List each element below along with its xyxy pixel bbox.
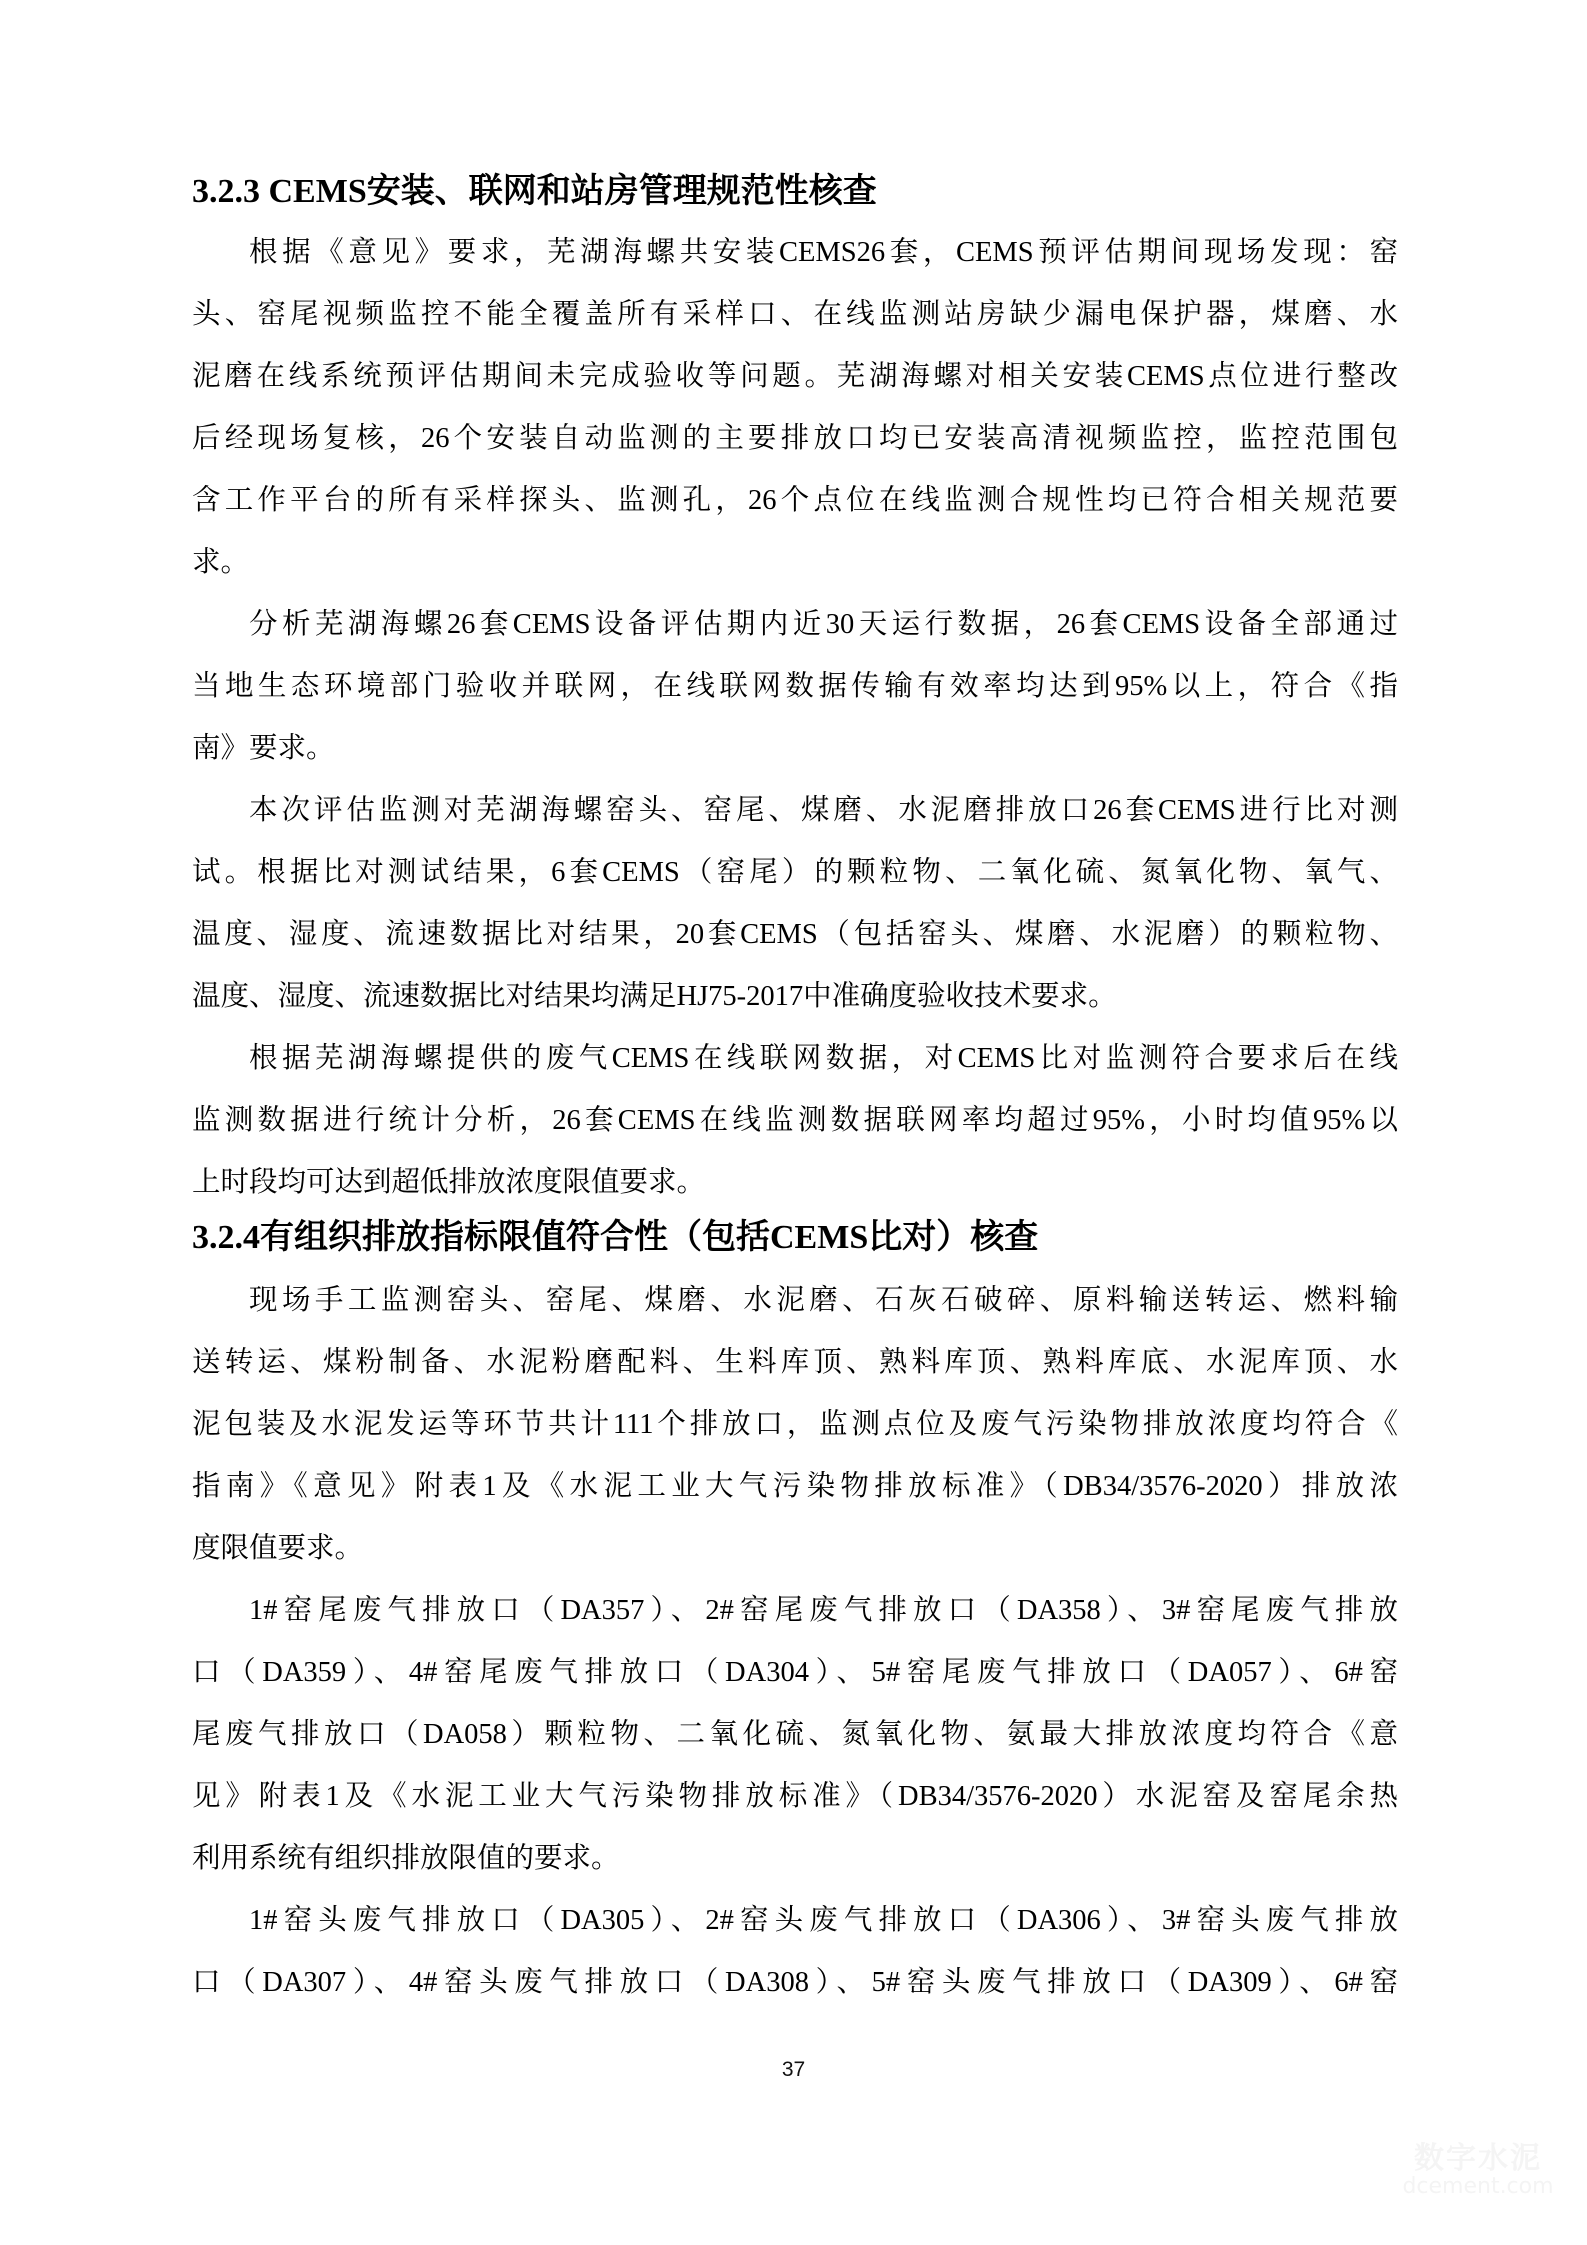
text-line: 1#窑尾废气排放口（DA357）、2#窑尾废气排放口（DA358）、3#窑尾废气…	[192, 1580, 1398, 1642]
document-page: 3.2.3 CEMS安装、联网和站房管理规范性核查 根据《意见》要求，芜湖海螺共…	[0, 0, 1587, 2245]
text-line: 头、窑尾视频监控不能全覆盖所有采样口、在线监测站房缺少漏电保护器，煤磨、水	[192, 284, 1398, 346]
paragraph-cems-installation: 根据《意见》要求，芜湖海螺共安装CEMS26套，CEMS预评估期间现场发现：窑 …	[192, 222, 1398, 594]
text-line: 当地生态环境部门验收并联网，在线联网数据传输有效率均达到95%以上，符合《指	[192, 656, 1398, 718]
text-line: 现场手工监测窑头、窑尾、煤磨、水泥磨、石灰石破碎、原料输送转运、燃料输	[192, 1270, 1398, 1332]
text-line: 试。根据比对测试结果，6套CEMS（窑尾）的颗粒物、二氧化硫、氮氧化物、氧气、	[192, 842, 1398, 904]
text-line: 度限值要求。	[192, 1518, 1398, 1580]
text-line: 指南》《意见》附表1及《水泥工业大气污染物排放标准》（DB34/3576-202…	[192, 1456, 1398, 1518]
text-line: 泥包装及水泥发运等环节共计111个排放口，监测点位及废气污染物排放浓度均符合《	[192, 1394, 1398, 1456]
text-line: 分析芜湖海螺26套CEMS设备评估期内近30天运行数据，26套CEMS设备全部通…	[192, 594, 1398, 656]
text-line: 口（DA307）、4#窑头废气排放口（DA308）、5#窑头废气排放口（DA30…	[192, 1952, 1398, 2014]
text-line: 温度、湿度、流速数据比对结果，20套CEMS（包括窑头、煤磨、水泥磨）的颗粒物、	[192, 904, 1398, 966]
text-line: 见》附表1及《水泥工业大气污染物排放标准》（DB34/3576-2020）水泥窑…	[192, 1766, 1398, 1828]
section-heading-3-2-4: 3.2.4有组织排放指标限值符合性（包括CEMS比对）核查	[192, 1214, 1398, 1262]
section-heading-3-2-3: 3.2.3 CEMS安装、联网和站房管理规范性核查	[192, 168, 1398, 216]
text-line: 根据《意见》要求，芜湖海螺共安装CEMS26套，CEMS预评估期间现场发现：窑	[192, 222, 1398, 284]
text-line: 尾废气排放口（DA058）颗粒物、二氧化硫、氮氧化物、氨最大排放浓度均符合《意	[192, 1704, 1398, 1766]
text-line: 本次评估监测对芜湖海螺窑头、窑尾、煤磨、水泥磨排放口26套CEMS进行比对测	[192, 780, 1398, 842]
text-line: 1#窑头废气排放口（DA305）、2#窑头废气排放口（DA306）、3#窑头废气…	[192, 1890, 1398, 1952]
watermark-en-text: dcement.com	[1388, 2175, 1568, 2198]
text-line: 泥磨在线系统预评估期间未完成验收等问题。芜湖海螺对相关安装CEMS点位进行整改	[192, 346, 1398, 408]
text-line: 南》要求。	[192, 718, 1398, 780]
text-line: 利用系统有组织排放限值的要求。	[192, 1828, 1398, 1890]
text-line: 后经现场复核，26个安装自动监测的主要排放口均已安装高清视频监控，监控范围包	[192, 408, 1398, 470]
text-line: 上时段均可达到超低排放浓度限值要求。	[192, 1152, 1398, 1214]
paragraph-cems-data-analysis: 分析芜湖海螺26套CEMS设备评估期内近30天运行数据，26套CEMS设备全部通…	[192, 594, 1398, 780]
page-number: 37	[0, 2058, 1587, 2082]
text-line: 口（DA359）、4#窑尾废气排放口（DA304）、5#窑尾废气排放口（DA05…	[192, 1642, 1398, 1704]
watermark-logo: 数字水泥 dcement.com	[1388, 2143, 1568, 2198]
text-line: 含工作平台的所有采样探头、监测孔，26个点位在线监测合规性均已符合相关规范要	[192, 470, 1398, 532]
text-line: 根据芜湖海螺提供的废气CEMS在线联网数据，对CEMS比对监测符合要求后在线	[192, 1028, 1398, 1090]
paragraph-cems-comparison-test: 本次评估监测对芜湖海螺窑头、窑尾、煤磨、水泥磨排放口26套CEMS进行比对测 试…	[192, 780, 1398, 1028]
text-line: 送转运、煤粉制备、水泥粉磨配料、生料库顶、熟料库顶、熟料库底、水泥库顶、水	[192, 1332, 1398, 1394]
watermark-cn-text: 数字水泥	[1388, 2143, 1568, 2175]
text-line: 温度、湿度、流速数据比对结果均满足HJ75-2017中准确度验收技术要求。	[192, 966, 1398, 1028]
paragraph-cems-online-stats: 根据芜湖海螺提供的废气CEMS在线联网数据，对CEMS比对监测符合要求后在线 监…	[192, 1028, 1398, 1214]
paragraph-manual-monitoring: 现场手工监测窑头、窑尾、煤磨、水泥磨、石灰石破碎、原料输送转运、燃料输 送转运、…	[192, 1270, 1398, 1580]
page-content: 3.2.3 CEMS安装、联网和站房管理规范性核查 根据《意见》要求，芜湖海螺共…	[192, 168, 1398, 2014]
paragraph-kiln-tail-outlets: 1#窑尾废气排放口（DA357）、2#窑尾废气排放口（DA358）、3#窑尾废气…	[192, 1580, 1398, 1890]
paragraph-kiln-head-outlets: 1#窑头废气排放口（DA305）、2#窑头废气排放口（DA306）、3#窑头废气…	[192, 1890, 1398, 2014]
text-line: 监测数据进行统计分析，26套CEMS在线监测数据联网率均超过95%，小时均值95…	[192, 1090, 1398, 1152]
text-line: 求。	[192, 532, 1398, 594]
